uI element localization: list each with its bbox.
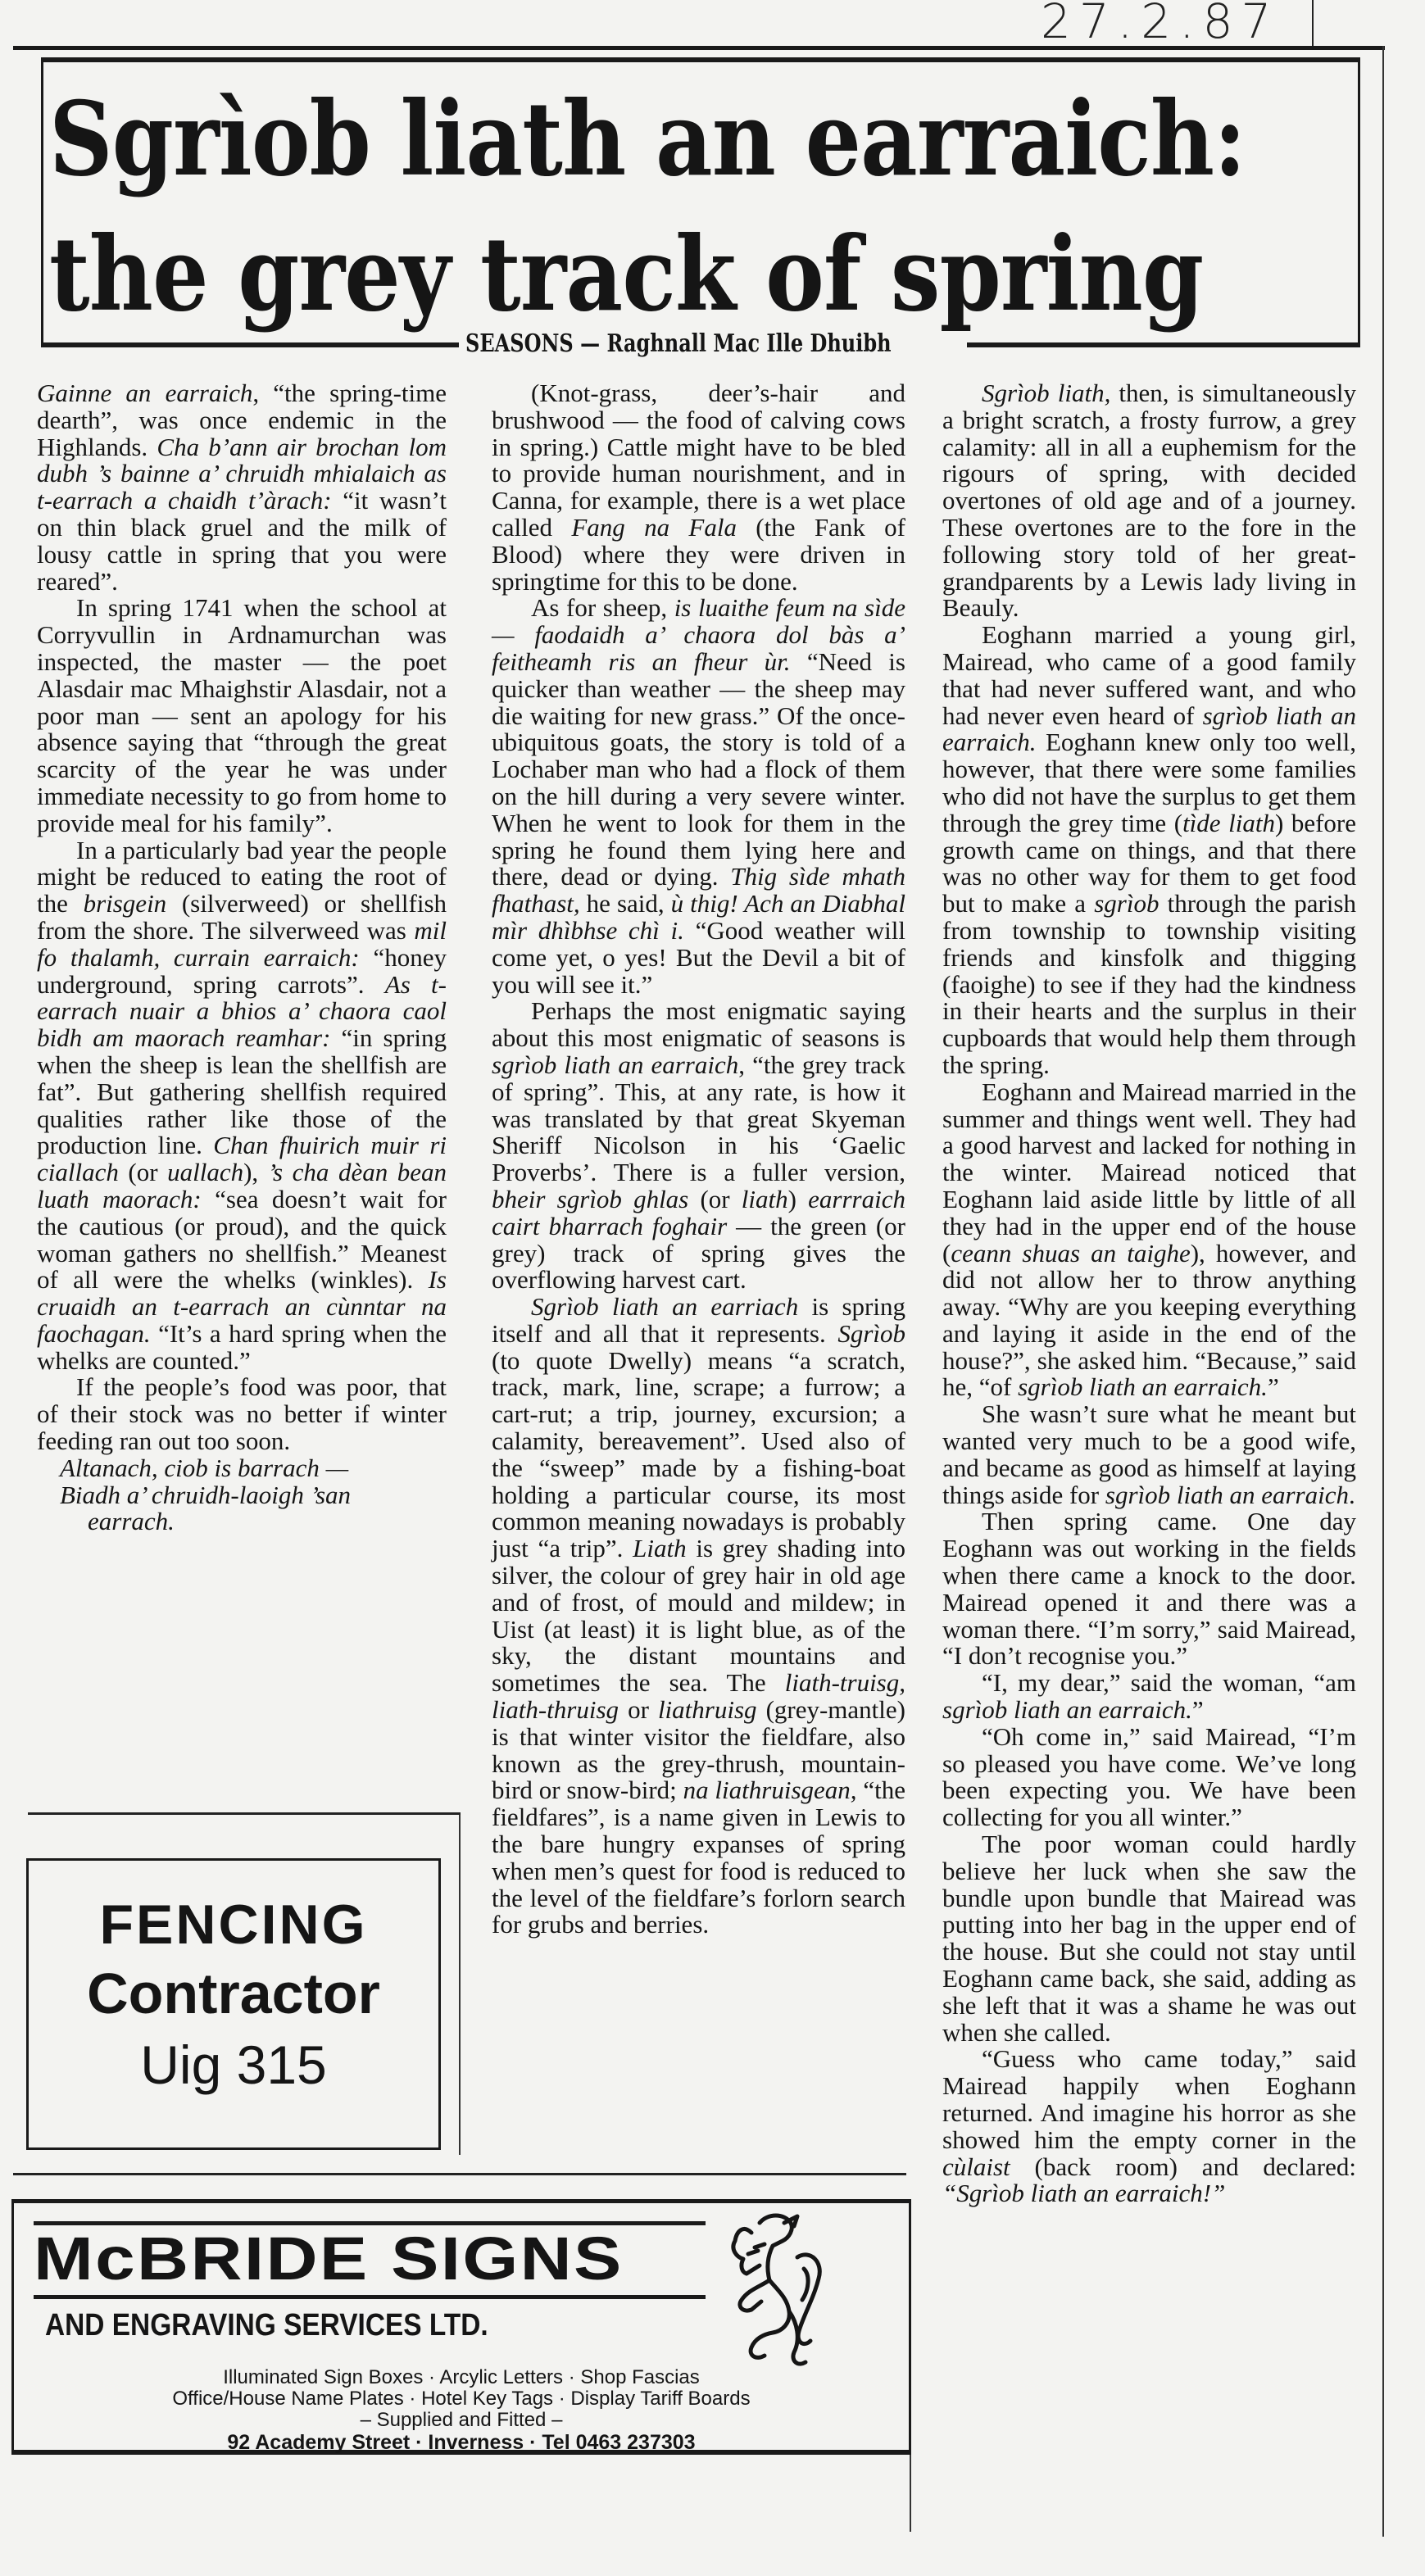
paragraph: Sgrìob liath, then, is simultaneously a … <box>942 380 1356 622</box>
paragraph: If the people’s food was poor, that of t… <box>37 1374 447 1454</box>
paragraph: (Knot-grass, deer’s-hair and brushwood —… <box>492 380 905 595</box>
paragraph: Eoghann and Mairead married in the summe… <box>942 1079 1356 1402</box>
paragraph: Eoghann married a young girl, Mairead, w… <box>942 622 1356 1079</box>
paragraph: Perhaps the most enigmatic saying about … <box>492 998 905 1294</box>
ad-company-subtitle: AND ENGRAVING SERVICES LTD. <box>45 2308 488 2343</box>
date-mark <box>1312 0 1314 46</box>
paragraph: The poor woman could hardly believe her … <box>942 1831 1356 2046</box>
rampant-lion-icon <box>719 2208 833 2372</box>
ad-border-rule <box>13 2173 906 2175</box>
ad-services-list: Illuminated Sign Boxes · Arcylic Letters… <box>14 2367 909 2431</box>
paragraph: Then spring came. One day Eoghann was ou… <box>942 1508 1356 1670</box>
verse-line: Biadh a’ chruidh-laoigh ’san <box>37 1482 447 1509</box>
paragraph: “Guess who came today,” said Mairead hap… <box>942 2046 1356 2207</box>
paragraph: She wasn’t sure what he meant but wanted… <box>942 1401 1356 1508</box>
ad-heading: FENCING <box>29 1892 438 1957</box>
paragraph: In spring 1741 when the school at Corryv… <box>37 595 447 837</box>
ad-company-name: McBRIDE SIGNS <box>34 2220 624 2298</box>
ad-phone: Uig 315 <box>29 2030 438 2100</box>
ad-services-line: – Supplied and Fitted – <box>14 2410 909 2431</box>
verse-line: Altanach, ciob is barrach — <box>37 1455 447 1482</box>
paragraph: In a particularly bad year the people mi… <box>37 837 447 1375</box>
byline-rule-left <box>41 342 459 347</box>
column-divider <box>459 1812 461 2155</box>
mcbride-signs-ad: McBRIDE SIGNS AND ENGRAVING SERVICES LTD… <box>11 2199 911 2455</box>
paragraph: “Oh come in,” said Mairead, “I’m so plea… <box>942 1724 1356 1831</box>
ad-border-rule <box>28 1812 461 1815</box>
right-margin-rule <box>1382 46 1384 2537</box>
top-rule <box>13 46 1385 50</box>
ad-rule <box>34 2295 706 2299</box>
verse-line: earrach. <box>37 1508 447 1535</box>
paragraph: As for sheep, is luaithe feum na sìde — … <box>492 595 905 998</box>
ad-address: 92 Academy Street · Inverness · Tel 0463… <box>14 2431 909 2455</box>
byline-rule-right <box>967 342 1360 347</box>
article-column-3: Sgrìob liath, then, is simultaneously a … <box>942 380 1356 2207</box>
article-column-1: Gainne an earraich, “the spring-time dea… <box>37 380 447 1535</box>
headline: Sgrìob liath an earraich: the grey track… <box>49 72 1169 342</box>
handwritten-date: 27.2.87 <box>1041 0 1279 49</box>
ad-services-line: Illuminated Sign Boxes · Arcylic Letters… <box>14 2367 909 2388</box>
fencing-contractor-ad: FENCING Contractor Uig 315 <box>26 1858 441 2150</box>
headline-line-1: Sgrìob liath an earraich: <box>49 72 1169 207</box>
article-column-2: (Knot-grass, deer’s-hair and brushwood —… <box>492 380 905 1939</box>
headline-line-2: the grey track of spring <box>49 207 1169 342</box>
byline: SEASONS — Raghnall Mac Ille Dhuibh <box>465 329 892 358</box>
ad-subheading: Contractor <box>29 1957 438 2030</box>
ad-services-line: Office/House Name Plates · Hotel Key Tag… <box>14 2388 909 2410</box>
paragraph: “I, my dear,” said the woman, “am sgrìob… <box>942 1670 1356 1724</box>
paragraph: Gainne an earraich, “the spring-time dea… <box>37 380 447 595</box>
paragraph: Sgrìob liath an earriach is spring itsel… <box>492 1294 905 1939</box>
